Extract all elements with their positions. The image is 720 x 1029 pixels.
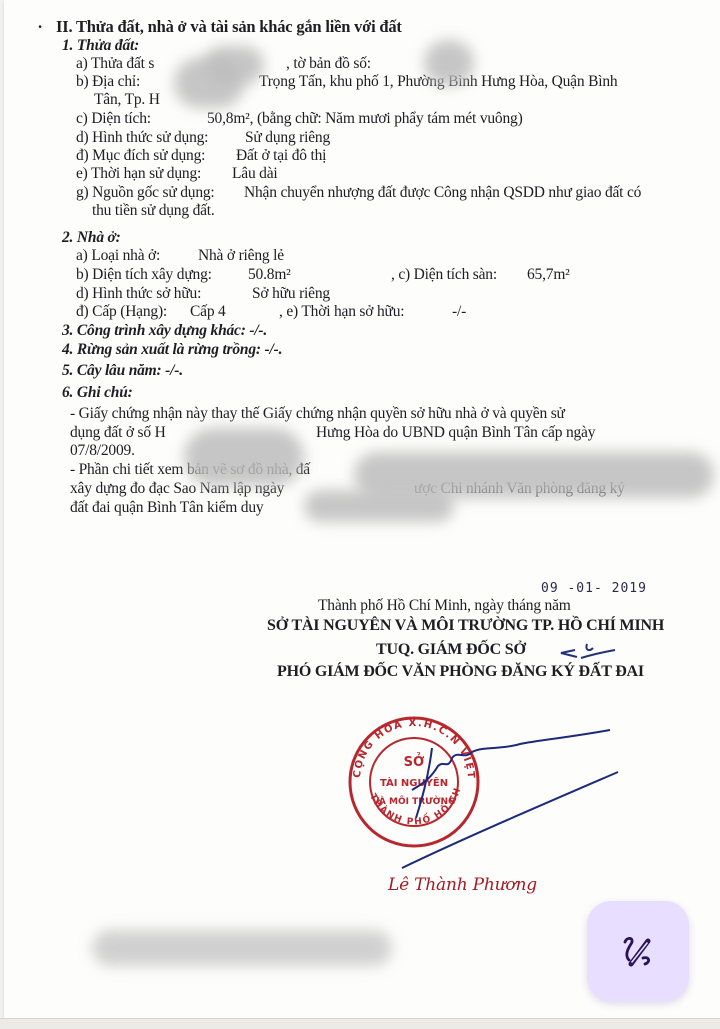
house-floor-area-value: 65,7m² [527,266,570,284]
house-ownership-value: Sở hữu riêng [252,285,330,303]
land-term-label: e) Thời hạn sử dụng: [76,165,201,183]
land-use-form-label: d) Hình thức sử dụng: [76,129,208,147]
house-term-value: -/- [452,303,466,321]
land-address-cont: Tân, Tp. H [94,91,160,109]
notes-line-1: - Giấy chứng nhận này thay thế Giấy chứn… [70,405,565,423]
notes-line-3: 07/8/2009. [70,442,135,460]
notes-heading: 6. Ghi chú: [62,384,133,402]
land-purpose-value: Đất ở tại đô thị [236,147,326,165]
house-term-label: , e) Thời hạn sở hữu: [279,303,404,321]
redaction-blur [304,490,454,522]
forest-line: 4. Rừng sản xuất là rừng trồng: -/-. [62,341,282,359]
land-area-value: 50,8m², (bằng chữ: Năm mươi phẩy tám mét… [207,110,523,128]
certificate-page: . II. Thửa đất, nhà ở và tài sản khác gắ… [4,0,720,1018]
land-origin-cont: thu tiền sử dụng đất. [92,202,215,220]
house-build-area-label: b) Diện tích xây dựng: [76,266,212,284]
pen-scribble-icon [619,932,657,970]
other-works-line: 3. Công trình xây dựng khác: -/-. [62,322,267,340]
house-type-value: Nhà ở riêng lẻ [198,247,284,265]
signer-name: Lê Thành Phương [388,876,537,894]
notes-line-6: đất đai quận Bình Tân kiểm duy [70,499,263,517]
stamp-date: 09 -01- 2019 [541,580,647,598]
land-purpose-label: đ) Mục đích sử dụng: [76,147,205,165]
official-seal: CỘNG HÒA X.H.C.N VIỆT NAM THÀNH PHỐ HỒ C… [340,710,620,880]
redaction-blur [204,46,264,84]
seal-line-1: SỞ [404,753,425,770]
agency-name: SỞ TÀI NGUYÊN VÀ MÔI TRƯỜNG TP. HỒ CHÍ M… [267,617,664,635]
initials-squiggle [559,640,619,662]
house-build-area-value: 50.8m² [248,266,291,284]
house-heading: 2. Nhà ở: [62,229,121,247]
house-floor-area-label: , c) Diện tích sàn: [391,266,497,284]
land-origin-value: Nhận chuyển nhượng đất được Công nhận QS… [244,184,641,202]
land-parcel-label: a) Thửa đất s [76,55,154,73]
seal-line-3: VÀ MÔI TRƯỜNG [373,795,456,807]
redaction-blur [424,40,474,86]
perennial-line: 5. Cây lâu năm: -/-. [62,362,183,380]
house-grade-label: đ) Cấp (Hạng): [76,303,167,321]
bottom-edge [0,1018,720,1029]
land-heading: 1. Thửa đất: [62,37,139,55]
land-term-value: Lâu dài [232,165,278,183]
land-use-form-value: Sử dụng riêng [245,129,330,147]
signer-title: PHÓ GIÁM ĐỐC VĂN PHÒNG ĐĂNG KÝ ĐẤT ĐAI [277,663,644,681]
land-address-label: b) Địa chỉ: [76,73,140,91]
edit-annotate-button[interactable] [587,901,689,1001]
house-grade-value: Cấp 4 [190,303,226,321]
house-type-label: a) Loại nhà ở: [76,247,160,265]
place-date: Thành phố Hồ Chí Minh, ngày tháng năm [318,597,571,615]
seal-line-2: TÀI NGUYÊN [380,776,448,789]
notes-line-2b: Hưng Hòa do UBND quận Bình Tân cấp ngày [316,424,595,442]
land-map-sheet-label: , tờ bản đồ số: [286,55,371,73]
redaction-blur [184,428,304,486]
house-ownership-label: d) Hình thức sở hữu: [76,285,201,303]
section-title: II. Thửa đất, nhà ở và tài sản khác gắn … [56,18,402,36]
land-area-label: c) Diện tích: [76,110,151,128]
redaction-blur [92,930,392,966]
bullet-dot: . [38,14,42,32]
land-origin-label: g) Nguồn gốc sử dụng: [76,184,215,202]
notes-line-2a: dụng đất ở số H [70,424,166,442]
on-behalf: TUQ. GIÁM ĐỐC SỞ [376,641,526,659]
